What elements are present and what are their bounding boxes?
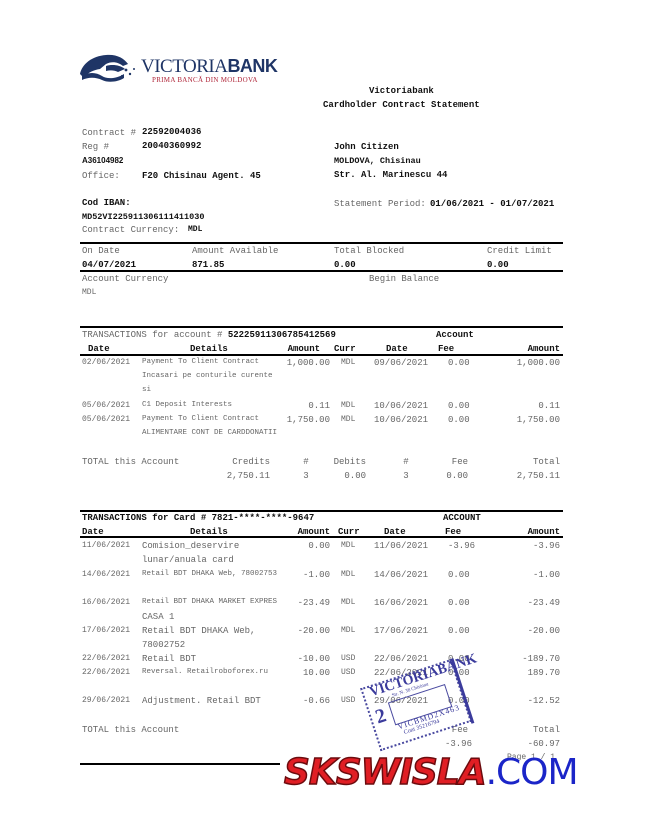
row-amount: 0.11	[250, 401, 330, 411]
row-date: 17/06/2021	[82, 626, 130, 635]
account-total-total: 2,750.11	[500, 471, 560, 481]
row-amount: -23.49	[250, 598, 330, 608]
account-total-debits: 0.00	[330, 471, 366, 481]
row-post-date: 10/06/2021	[374, 415, 428, 425]
logo-wordmark: VICTORIABANK	[141, 56, 277, 78]
reg-label: Reg #	[82, 142, 109, 152]
row-currency: MDL	[341, 358, 355, 367]
contract-number: 22592004036	[142, 127, 201, 137]
row-details: ALIMENTARE CONT DE CARDDONATII	[142, 429, 277, 437]
row-amount: 1,750.00	[250, 415, 330, 425]
contract-currency-label: Contract Currency:	[82, 225, 179, 235]
row-currency: MDL	[341, 415, 355, 424]
begin-balance-label: Begin Balance	[369, 274, 439, 284]
divider	[80, 510, 563, 512]
row-date: 14/06/2021	[82, 570, 130, 579]
card-total-value: -60.97	[480, 739, 560, 749]
logo-tagline: PRIMA BANCĂ DIN MOLDOVA	[152, 76, 258, 84]
row-amount: -1.00	[250, 570, 330, 580]
row-details: Comision_deservire	[142, 541, 239, 551]
row-amount: 10.00	[250, 668, 330, 678]
iban-value: MD52VI225911306111411030	[82, 212, 204, 222]
column-header-details: Details	[190, 344, 228, 354]
watermark: SKSWISLA.COM	[284, 752, 578, 793]
column-header-account-amount: Amount	[500, 344, 560, 354]
card-total-total-label: Total	[480, 725, 560, 735]
bank-name: Victoriabank	[369, 86, 434, 96]
row-date: 11/06/2021	[82, 541, 130, 550]
row-date: 22/06/2021	[82, 668, 130, 677]
account-total-credits: 2,750.11	[220, 471, 270, 481]
divider	[80, 536, 563, 538]
summary-amount-available: 871.85	[192, 260, 224, 270]
summary-header-amount-available: Amount Available	[192, 246, 278, 256]
account-total-header-credits: Credits	[220, 457, 270, 467]
account-total-debits-count: 3	[396, 471, 416, 481]
row-currency: MDL	[341, 401, 355, 410]
row-details: 78002752	[142, 640, 185, 650]
iban-label: Cod IBAN:	[82, 198, 131, 208]
row-details: Payment To Client Contract	[142, 358, 259, 366]
card-group-label: ACCOUNT	[443, 513, 481, 523]
row-fee: 0.00	[448, 358, 470, 368]
client-name: John Citizen	[334, 142, 399, 152]
client-street: Str. Al. Marinescu 44	[334, 170, 447, 180]
account-total-header-debits-count: #	[396, 457, 416, 467]
column-header-date: Date	[88, 344, 110, 354]
row-date: 16/06/2021	[82, 598, 130, 607]
divider	[80, 270, 563, 272]
row-account-amount: -189.70	[480, 654, 560, 664]
row-amount: 0.00	[250, 541, 330, 551]
row-date: 02/06/2021	[82, 358, 130, 367]
row-account-amount: -3.96	[480, 541, 560, 551]
account-currency-label: Account Currency	[82, 274, 168, 284]
row-details: C1 Deposit Interests	[142, 401, 232, 409]
client-code: A36104982	[82, 156, 123, 165]
row-account-amount: 189.70	[480, 668, 560, 678]
row-post-date: 17/06/2021	[374, 626, 428, 636]
row-account-amount: -20.00	[480, 626, 560, 636]
row-post-date: 09/06/2021	[374, 358, 428, 368]
row-currency: USD	[341, 668, 355, 677]
row-details: Incasari pe conturile curente	[142, 372, 273, 380]
row-amount: -10.00	[250, 654, 330, 664]
row-account-amount: 1,000.00	[480, 358, 560, 368]
row-currency: MDL	[341, 598, 355, 607]
row-amount: -20.00	[250, 626, 330, 636]
account-total-header-debits: Debits	[330, 457, 366, 467]
row-details: CASA 1	[142, 612, 174, 622]
row-fee: 0.00	[448, 415, 470, 425]
card-total-label: TOTAL this Account	[82, 725, 179, 735]
summary-header-on-date: On Date	[82, 246, 120, 256]
row-details: si	[142, 386, 151, 394]
row-date: 05/06/2021	[82, 401, 130, 410]
summary-credit-limit: 0.00	[487, 260, 509, 270]
divider	[80, 242, 563, 244]
row-post-date: 10/06/2021	[374, 401, 428, 411]
office-label: Office:	[82, 171, 120, 181]
row-post-date: 16/06/2021	[374, 598, 428, 608]
row-details: Retail BDT DHAKA Web,	[142, 626, 255, 636]
account-total-header-fee: Fee	[440, 457, 468, 467]
row-fee: 0.00	[448, 626, 470, 636]
row-fee: 0.00	[448, 598, 470, 608]
office-value: F20 Chisinau Agent. 45	[142, 171, 261, 181]
row-date: 05/06/2021	[82, 415, 130, 424]
row-details: Retail BDT	[142, 654, 196, 664]
card-transactions-title: TRANSACTIONS for Card # 7821-****-****-9…	[82, 513, 314, 523]
divider	[80, 763, 280, 765]
row-date: 22/06/2021	[82, 654, 130, 663]
summary-total-blocked: 0.00	[334, 260, 356, 270]
account-total-credits-count: 3	[296, 471, 316, 481]
row-account-amount: -1.00	[480, 570, 560, 580]
card-number: 7821-****-****-9647	[212, 513, 315, 523]
watermark-red: SKSWISLA	[284, 752, 486, 793]
row-date: 29/06/2021	[82, 696, 130, 705]
row-post-date: 22/06/2021	[374, 654, 428, 664]
statement-period-label: Statement Period:	[334, 199, 426, 209]
column-header-fee: Fee	[438, 344, 454, 354]
row-currency: MDL	[341, 541, 355, 550]
account-currency-value: MDL	[82, 288, 96, 297]
account-total-label: TOTAL this Account	[82, 457, 179, 467]
column-header-post-date: Date	[386, 344, 408, 354]
statement-period-value: 01/06/2021 - 01/07/2021	[430, 199, 554, 209]
account-total-header-credits-count: #	[296, 457, 316, 467]
watermark-blue: .COM	[486, 752, 578, 793]
contract-currency-value: MDL	[188, 225, 202, 234]
row-details: Payment To Client Contract	[142, 415, 259, 423]
row-account-amount: 1,750.00	[480, 415, 560, 425]
row-currency: USD	[341, 654, 355, 663]
row-post-date: 14/06/2021	[374, 570, 428, 580]
summary-header-credit-limit: Credit Limit	[487, 246, 552, 256]
row-amount: 1,000.00	[250, 358, 330, 368]
account-total-fee: 0.00	[440, 471, 468, 481]
column-header-curr: Curr	[334, 344, 356, 354]
row-fee: 0.00	[448, 570, 470, 580]
row-account-amount: -23.49	[480, 598, 560, 608]
divider	[80, 326, 563, 328]
divider	[80, 354, 563, 356]
row-fee: 0.00	[448, 401, 470, 411]
row-account-amount: -12.52	[480, 696, 560, 706]
account-transactions-title: TRANSACTIONS for account # 5222591130678…	[82, 330, 336, 340]
reg-number: 20040360992	[142, 141, 201, 151]
stamp-number: 2	[373, 704, 390, 729]
contract-label: Contract #	[82, 128, 136, 138]
row-details: Adjustment. Retail BDT	[142, 696, 261, 706]
client-city: MOLDOVA, Chisinau	[334, 156, 421, 166]
document-title: Cardholder Contract Statement	[323, 100, 480, 110]
row-currency: MDL	[341, 570, 355, 579]
row-currency: MDL	[341, 626, 355, 635]
victoriabank-logo-icon	[78, 52, 138, 84]
column-header-amount: Amount	[270, 344, 320, 354]
account-number: 52225911306785412569	[228, 330, 336, 340]
row-fee: -3.96	[448, 541, 475, 551]
summary-on-date: 04/07/2021	[82, 260, 136, 270]
summary-header-total-blocked: Total Blocked	[334, 246, 404, 256]
row-amount: -0.66	[250, 696, 330, 706]
row-details: lunar/anuala card	[142, 555, 234, 565]
account-total-header-total: Total	[500, 457, 560, 467]
row-account-amount: 0.11	[480, 401, 560, 411]
row-post-date: 11/06/2021	[374, 541, 428, 551]
row-currency: USD	[341, 696, 355, 705]
account-group-label: Account	[436, 330, 474, 340]
